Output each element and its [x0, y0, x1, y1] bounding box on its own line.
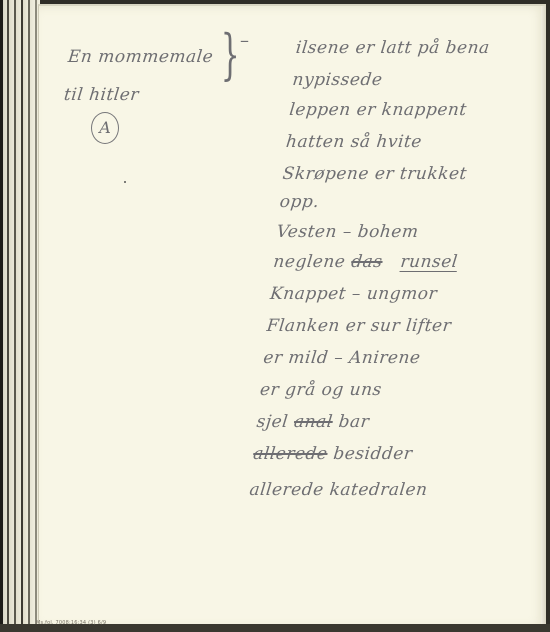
- archive-call-number: Ms.fol. 7008:16:34 (3) 6/9: [36, 620, 106, 626]
- poem-line-14-end: besidder: [326, 444, 413, 464]
- circled-a-mark: A: [91, 112, 119, 144]
- poem-line-14: allerede besidder: [252, 444, 413, 464]
- poem-line-1: ilsene er latt på bena: [295, 38, 491, 58]
- poem-line-13-start: sjel: [256, 412, 296, 432]
- poem-line-11: er mild – Anirene: [262, 348, 421, 368]
- poem-line-15: allerede katedralen: [248, 480, 428, 500]
- poem-line-6: opp.: [279, 192, 321, 212]
- poem-line-5: Skrøpene er trukket: [282, 164, 468, 184]
- struck-word: allerede: [252, 444, 328, 464]
- left-note-line-2: til hitler: [62, 76, 211, 114]
- poem-line-13: sjel anal bar: [256, 412, 371, 432]
- struck-word: anal: [293, 412, 334, 432]
- scanned-manuscript: En mommemale til hitler } – A ilsene er …: [0, 0, 550, 632]
- poem-line-8: neglene dasrunsel: [272, 252, 458, 272]
- poem-line-12: er grå og uns: [259, 380, 383, 400]
- poem-line-8-start: neglene: [272, 252, 352, 272]
- struck-word: das: [350, 252, 383, 272]
- poem-line-10: Flanken er sur lifter: [266, 316, 453, 336]
- poem-line-2: nypissede: [292, 70, 384, 90]
- left-note-line-1: En mommemale: [66, 38, 215, 76]
- underlined-word: runsel: [399, 252, 458, 272]
- left-margin-note: En mommemale til hitler: [62, 38, 215, 114]
- poem-line-13-end: bar: [332, 412, 371, 432]
- dash-mark: –: [240, 30, 249, 51]
- poem-line-3: leppen er knappent: [288, 100, 467, 120]
- ink-dot: [124, 181, 126, 183]
- curly-brace-mark: }: [221, 28, 240, 82]
- page-right-edge: [541, 6, 546, 628]
- book-page-edges: [0, 0, 40, 626]
- poem-line-9: Knappet – ungmor: [269, 284, 438, 304]
- poem-line-4: hatten så hvite: [285, 132, 423, 152]
- poem-line-7: Vesten – bohem: [276, 222, 420, 242]
